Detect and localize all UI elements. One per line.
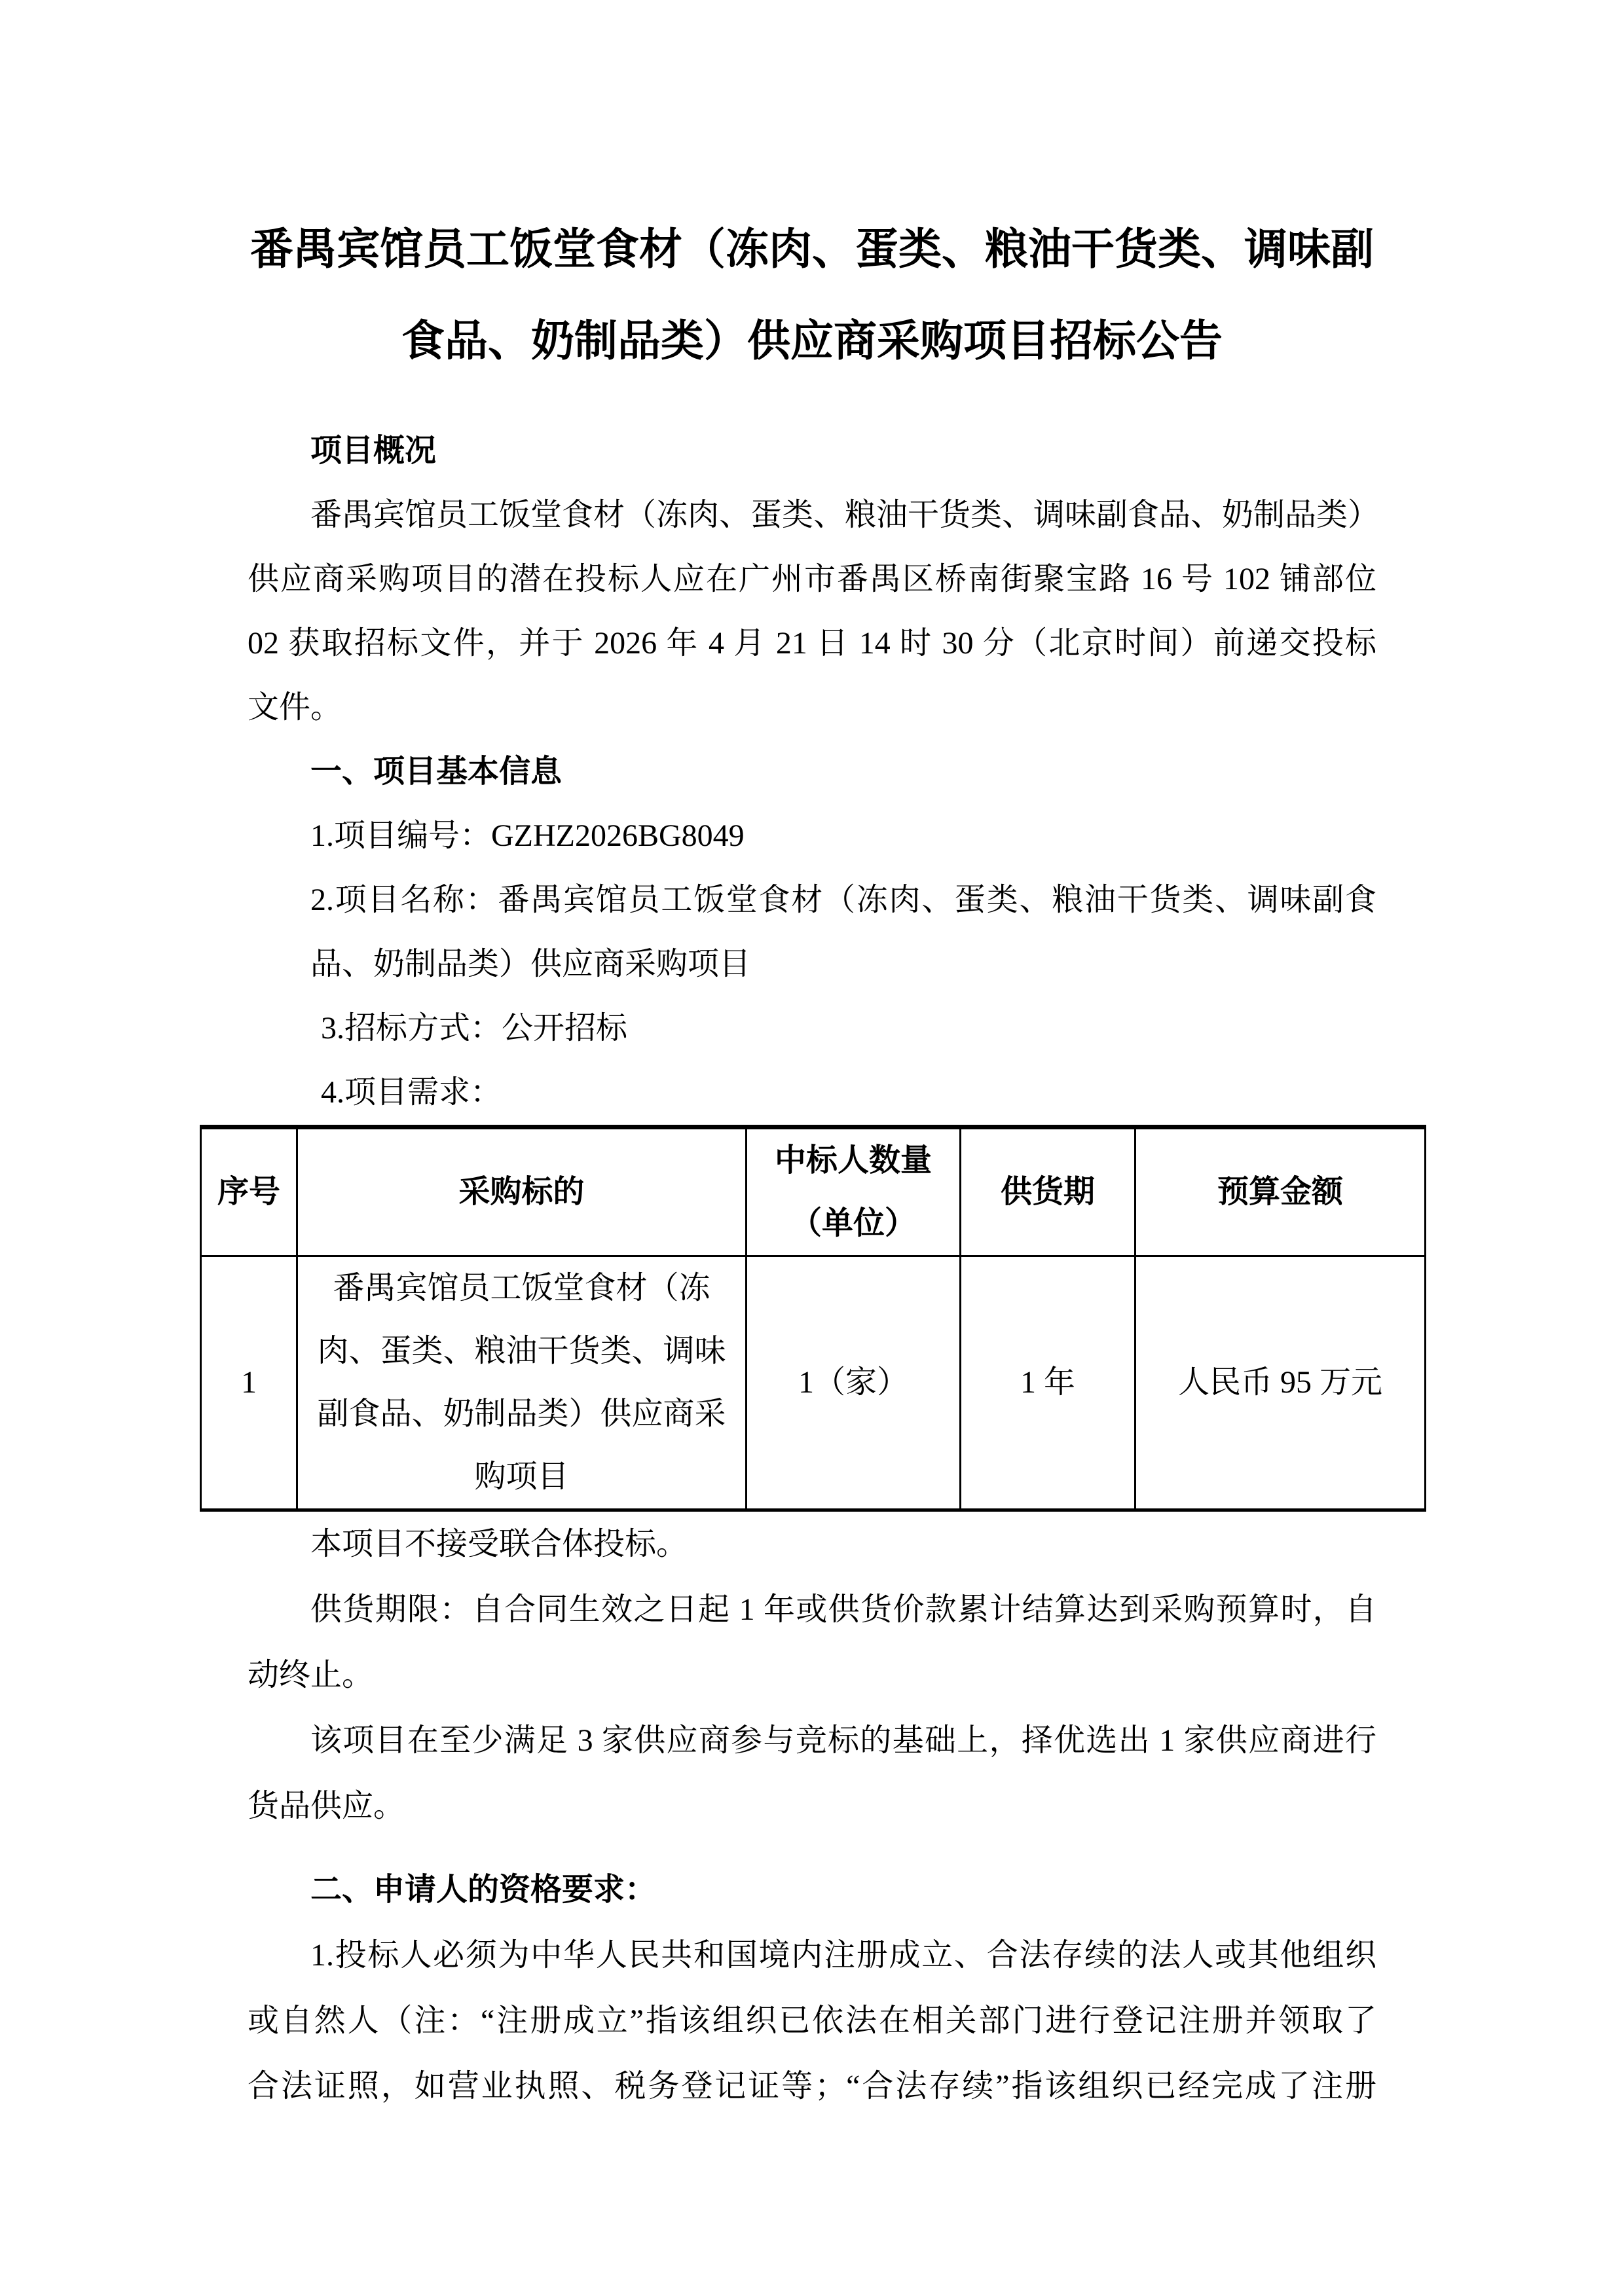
overview-line: 供应商采购项目的潜在投标人应在广州市番禺区桥南街聚宝路 16 号 102 铺部位 [248,547,1376,611]
note-line: 该项目在至少满足 3 家供应商参与竞标的基础上，择优选出 1 家供应商进行 [248,1708,1376,1774]
header-budget: 预算金额 [1135,1127,1426,1256]
header-subject: 采购标的 [297,1127,747,1256]
note-line: 本项目不接受联合体投标。 [248,1512,1376,1577]
cell-winners: 1（家） [747,1256,961,1510]
header-winners: 中标人数量 （单位） [747,1127,961,1256]
requirements-table: 序号 采购标的 中标人数量 （单位） 供货期 预算金额 1 番禺宾馆员工饭堂食材… [200,1125,1426,1512]
note-line: 供货期限：自合同生效之日起 1 年或供货价款累计结算达到采购预算时，自 [248,1577,1376,1643]
cell-subject-line: 番禺宾馆员工饭堂食材（冻 [298,1257,745,1320]
document-page: 番禺宾馆员工饭堂食材（冻肉、蛋类、粮油干货类、调味副 食品、奶制品类）供应商采购… [0,0,1624,2296]
cell-subject-line: 购项目 [298,1446,745,1508]
section1-heading: 一、项目基本信息 [248,740,1376,804]
cell-subject-line: 副食品、奶制品类）供应商采 [298,1383,745,1446]
document-title: 番禺宾馆员工饭堂食材（冻肉、蛋类、粮油干货类、调味副 食品、奶制品类）供应商采购… [248,204,1376,388]
cell-subject-lines: 番禺宾馆员工饭堂食材（冻 肉、蛋类、粮油干货类、调味 副食品、奶制品类）供应商采… [298,1257,745,1508]
table-row: 1 番禺宾馆员工饭堂食材（冻 肉、蛋类、粮油干货类、调味 副食品、奶制品类）供应… [201,1256,1426,1510]
qualification-line: 合法证照，如营业执照、税务登记证等；“合法存续”指该组织已经完成了注册 [248,2054,1376,2119]
qualification-line: 或自然人（注：“注册成立”指该组织已依法在相关部门进行登记注册并领取了 [248,1988,1376,2054]
cell-seq: 1 [201,1256,297,1510]
qualification-line: 1.投标人必须为中华人民共和国境内注册成立、合法存续的法人或其他组织 [248,1923,1376,1988]
project-number-line: 1.项目编号：GZHZ2026BG8049 [248,804,1376,868]
note-line: 动终止。 [248,1643,1376,1708]
header-winners-line: （单位） [747,1192,959,1255]
note-line: 货品供应。 [248,1774,1376,1839]
title-line-1: 番禺宾馆员工饭堂食材（冻肉、蛋类、粮油干货类、调味副 [248,204,1376,296]
cell-subject: 番禺宾馆员工饭堂食材（冻 肉、蛋类、粮油干货类、调味 副食品、奶制品类）供应商采… [297,1256,747,1510]
title-line-2: 食品、奶制品类）供应商采购项目招标公告 [248,296,1376,388]
project-name-line: 品、奶制品类）供应商采购项目 [248,932,1376,996]
project-name-line: 2.项目名称：番禺宾馆员工饭堂食材（冻肉、蛋类、粮油干货类、调味副食 [248,868,1376,932]
project-demand-line: 4.项目需求： [248,1061,1376,1125]
header-winners-line: 中标人数量 [747,1129,959,1192]
document-content: 番禺宾馆员工饭堂食材（冻肉、蛋类、粮油干货类、调味副 食品、奶制品类）供应商采购… [0,0,1624,2119]
cell-subject-line: 肉、蛋类、粮油干货类、调味 [298,1320,745,1383]
overview-heading: 项目概况 [248,419,1376,483]
cell-period: 1 年 [961,1256,1135,1510]
overview-line: 文件。 [248,676,1376,740]
bidding-method-line: 3.招标方式：公开招标 [248,996,1376,1061]
section2-heading: 二、申请人的资格要求： [248,1857,1376,1923]
header-period: 供货期 [961,1127,1135,1256]
overview-line: 02 获取招标文件，并于 2026 年 4 月 21 日 14 时 30 分（北… [248,611,1376,676]
header-seq: 序号 [201,1127,297,1256]
table-header-row: 序号 采购标的 中标人数量 （单位） 供货期 预算金额 [201,1127,1426,1256]
overview-line: 番禺宾馆员工饭堂食材（冻肉、蛋类、粮油干货类、调味副食品、奶制品类） [248,483,1376,547]
cell-budget: 人民币 95 万元 [1135,1256,1426,1510]
